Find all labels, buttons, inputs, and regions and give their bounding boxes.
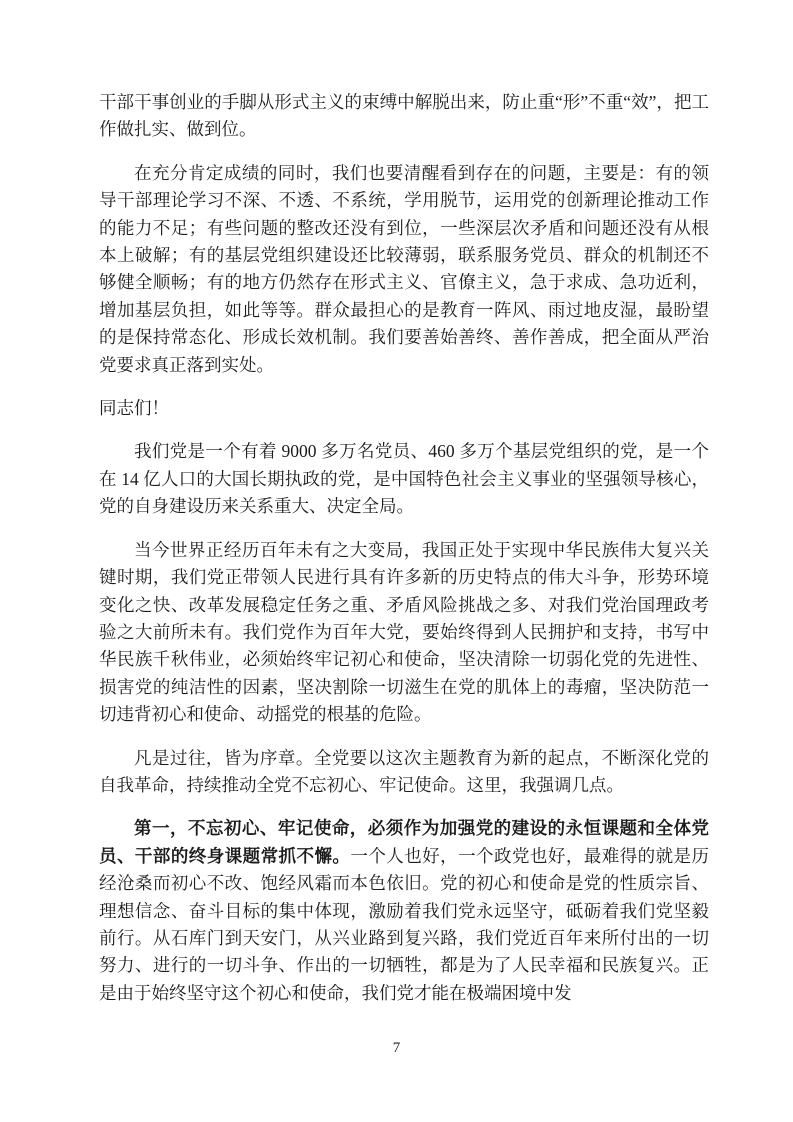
document-page: 干部干事创业的手脚从形式主义的束缚中解脱出来，防止重“形”不重“效”，把工作做扎… bbox=[0, 0, 793, 1122]
paragraph: 在充分肯定成绩的同时，我们也要清醒看到存在的问题，主要是：有的领导干部理论学习不… bbox=[99, 160, 709, 379]
paragraph: 凡是过往，皆为序章。全党要以这次主题教育为新的起点，不断深化党的自我革命，持续推… bbox=[99, 745, 709, 800]
paragraph-continuation: 干部干事创业的手脚从形式主义的束缚中解脱出来，防止重“形”不重“效”，把工作做扎… bbox=[99, 89, 709, 144]
paragraph: 我们党是一个有着 9000 多万名党员、460 多万个基层党组织的党，是一个在 … bbox=[99, 438, 709, 520]
paragraph-salutation: 同志们！ bbox=[99, 395, 709, 422]
page-number: 7 bbox=[0, 1038, 793, 1058]
paragraph-text: 一个人也好，一个政党也好，最难得的就是历经沧桑而初心不改、饱经风霜而本色依旧。党… bbox=[99, 846, 709, 1003]
document-body: 干部干事创业的手脚从形式主义的束缚中解脱出来，防止重“形”不重“效”，把工作做扎… bbox=[99, 89, 709, 1007]
paragraph: 当今世界正经历百年未有之大变局，我国正处于实现中华民族伟大复兴关键时期，我们党正… bbox=[99, 537, 709, 729]
paragraph-point-one: 第一，不忘初心、牢记使命，必须作为加强党的建设的永恒课题和全体党员、干部的终身课… bbox=[99, 815, 709, 1007]
